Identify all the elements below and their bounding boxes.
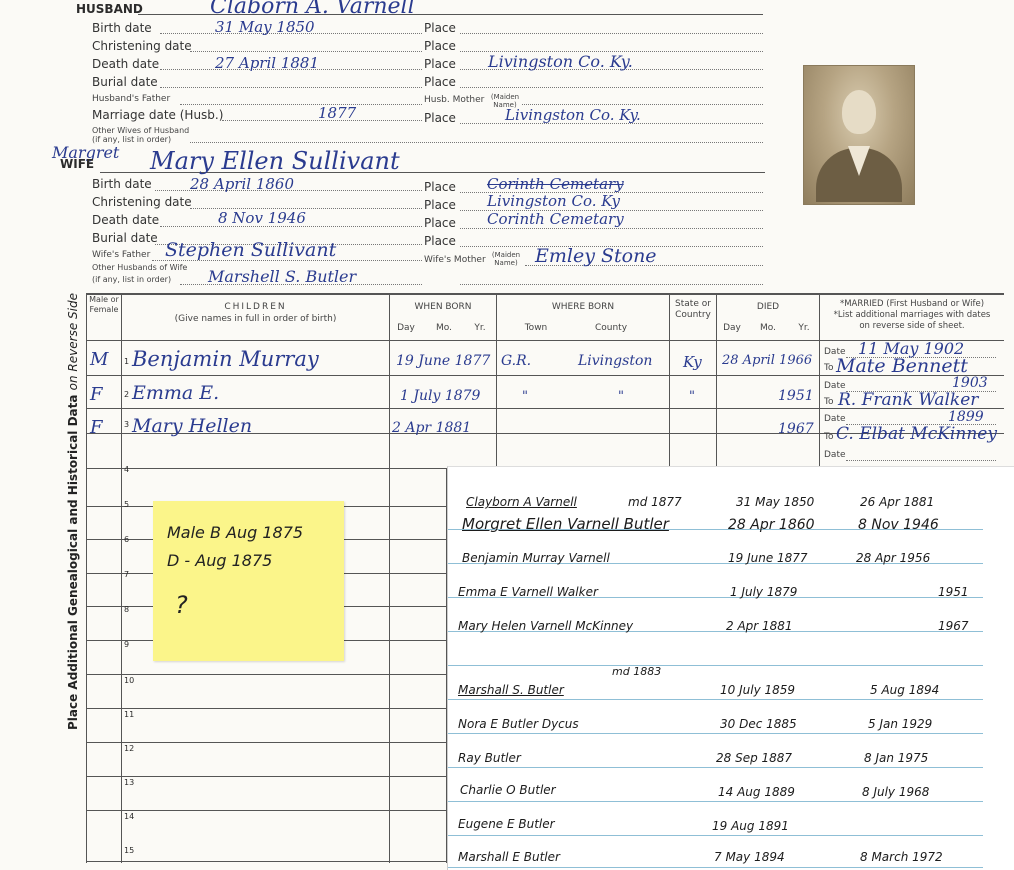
child-county: Livingston	[578, 353, 652, 369]
wife-name: Mary Ellen Sullivant	[150, 147, 400, 175]
husband-father-label: Husband's Father	[92, 95, 170, 104]
child-town: G.R.	[501, 353, 531, 369]
side-instruction: Place Additional Genealogical and Histor…	[66, 293, 80, 730]
husband-marriage-place-label: Place	[424, 111, 456, 125]
note-born: 14 Aug 1889	[718, 785, 795, 799]
husband-death-label: Death date	[92, 57, 159, 71]
side-instruction-rest: on Reverse Side	[66, 293, 80, 390]
child-state: Ky	[683, 353, 702, 371]
husband-birth-date: 31 May 1850	[215, 18, 315, 36]
child-name: Benjamin Murray	[132, 347, 319, 371]
note-born: 1 July 1879	[730, 585, 797, 599]
wife-father: Stephen Sullivant	[165, 239, 336, 261]
married-to: Mate Bennett	[836, 355, 968, 377]
wife-burial-place-label: Place	[424, 234, 456, 248]
row-number: 10	[124, 676, 134, 685]
note-name: Benjamin Murray Varnell	[462, 551, 610, 565]
child-died: 28 April 1966	[722, 353, 812, 368]
wife-death-place: Corinth Cemetary	[487, 210, 624, 228]
header-married-sub: *List additional marriages with dates on…	[830, 310, 994, 332]
child-sex: F	[90, 417, 103, 438]
wife-birth-place-label: Place	[424, 180, 456, 194]
header-born-year: Yr.	[470, 323, 490, 334]
husband-death-date: 27 April 1881	[215, 54, 319, 72]
row-number: 1	[124, 357, 129, 366]
husband-label: HUSBAND	[76, 2, 143, 16]
row-number: 4	[124, 465, 129, 474]
wife-section: Margret WIFE Mary Ellen Sullivant Birth …	[0, 145, 780, 295]
husband-marriage-date: 1877	[318, 104, 356, 122]
row-number: 8	[124, 605, 129, 614]
header-born-day: Day	[396, 323, 416, 334]
wife-birth-place-struck: Corinth Cemetary	[487, 175, 624, 193]
note-name: Charlie O Butler	[460, 783, 556, 797]
note-born: 31 May 1850	[736, 495, 814, 509]
note-born: 2 Apr 1881	[726, 619, 793, 633]
header-when-born: WHEN BORN	[390, 302, 496, 313]
header-died: DIED	[717, 302, 819, 313]
child-died: 1967	[778, 421, 814, 437]
header-children-sub: (Give names in full in order of birth)	[122, 314, 389, 325]
header-children: CHILDREN	[122, 302, 389, 313]
married-to: C. Elbat McKinney	[836, 424, 997, 444]
row-number: 11	[124, 710, 134, 719]
child-sex: M	[90, 349, 108, 370]
note-born: 19 June 1877	[728, 551, 808, 565]
note-marriage: md 1877	[628, 495, 682, 509]
row-number: 3	[124, 420, 129, 429]
husband-birth-label: Birth date	[92, 21, 152, 35]
row-number: 12	[124, 744, 134, 753]
wife-mother-label: Wife's Mother	[424, 256, 486, 265]
married-date-label: Date	[824, 415, 846, 424]
husband-burial-place-label: Place	[424, 75, 456, 89]
other-wives-label: Other Wives of Husband	[92, 126, 189, 135]
wife-mother-maiden-label: (Maiden Name)	[490, 251, 522, 267]
note-born: 28 Sep 1887	[716, 751, 792, 765]
header-born-month: Mo.	[434, 323, 454, 334]
sticky-note: Male B Aug 1875 D - Aug 1875 ?	[153, 501, 344, 661]
wife-death-place-label: Place	[424, 216, 456, 230]
child-name: Mary Hellen	[132, 415, 252, 437]
note-marriage: md 1883	[612, 665, 661, 678]
header-married: *MARRIED (First Husband or Wife)	[820, 299, 1004, 310]
husband-death-place-label: Place	[424, 57, 456, 71]
married-to-label: To	[824, 398, 833, 407]
note-name: Marshall E Butler	[458, 850, 560, 864]
married-to-label: To	[824, 433, 833, 442]
husband-section: HUSBAND Claborn A. Varnell Birth date 31…	[0, 0, 780, 150]
child-state: "	[689, 389, 695, 404]
row-number: 7	[124, 570, 129, 579]
note-died: 8 Jan 1975	[864, 751, 928, 765]
note-name: Emma E Varnell Walker	[458, 585, 598, 599]
row-number: 2	[124, 390, 129, 399]
wife-father-label: Wife's Father	[92, 251, 150, 260]
note-born: 7 May 1894	[714, 850, 785, 864]
side-instruction-bold: Place Additional Genealogical and Histor…	[66, 395, 80, 730]
note-name: Clayborn A Varnell	[466, 495, 577, 509]
header-town: Town	[516, 323, 556, 334]
note-born: 28 Apr 1860	[728, 517, 815, 533]
wife-christening-place: Livingston Co. Ky	[487, 192, 620, 210]
note-name: Ray Butler	[458, 751, 521, 765]
married-date-label: Date	[824, 451, 846, 460]
note-name: Mary Helen Varnell McKinney	[458, 619, 633, 633]
note-born: 30 Dec 1885	[720, 717, 797, 731]
note-died: 1967	[938, 619, 969, 633]
note-died: 8 March 1972	[860, 850, 943, 864]
row-number: 5	[124, 500, 129, 509]
row-number: 9	[124, 640, 129, 649]
married-date: 1903	[952, 375, 988, 391]
child-town: "	[522, 389, 528, 404]
header-state: State or Country	[670, 299, 716, 321]
header-died-year: Yr.	[794, 323, 814, 334]
child-born: 1 July 1879	[400, 388, 480, 404]
note-born: 10 July 1859	[720, 683, 795, 697]
header-county: County	[586, 323, 636, 334]
note-name: Nora E Butler Dycus	[458, 717, 579, 731]
wife-birth-date: 28 April 1860	[190, 175, 294, 193]
note-name: Eugene E Butler	[458, 817, 555, 831]
row-number: 15	[124, 846, 134, 855]
wife-burial-label: Burial date	[92, 231, 158, 245]
note-died: 5 Aug 1894	[870, 683, 939, 697]
child-born: 19 June 1877	[396, 353, 490, 369]
husband-marriage-place: Livingston Co. Ky.	[505, 106, 641, 124]
header-died-day: Day	[722, 323, 742, 334]
child-sex: F	[90, 384, 103, 405]
child-died: 1951	[778, 388, 814, 404]
husband-death-place: Livingston Co. Ky.	[488, 52, 633, 71]
note-born: 19 Aug 1891	[712, 819, 789, 833]
wife-mother: Emley Stone	[535, 245, 657, 267]
husband-mother-label: Husb. Mother	[424, 96, 484, 105]
note-died: 1951	[938, 585, 969, 599]
note-name: Morgret Ellen Varnell Butler	[462, 515, 669, 533]
married-to: R. Frank Walker	[838, 390, 978, 410]
other-husbands-sub: (if any, list in order)	[92, 275, 171, 284]
wife-birth-label: Birth date	[92, 177, 152, 191]
note-died: 26 Apr 1881	[860, 495, 934, 509]
header-where-born: WHERE BORN	[497, 302, 669, 313]
husband-christening-label: Christening date	[92, 39, 192, 53]
header-died-month: Mo.	[758, 323, 778, 334]
child-name: Emma E.	[132, 382, 219, 404]
portrait-photo	[803, 65, 915, 205]
husband-burial-label: Burial date	[92, 75, 158, 89]
note-sheet: Clayborn A Varnell md 1877 31 May 1850 2…	[447, 466, 1014, 870]
wife-other-husband: Marshell S. Butler	[208, 267, 356, 286]
other-husbands-label: Other Husbands of Wife	[92, 263, 187, 272]
wife-death-label: Death date	[92, 213, 159, 227]
married-date: 1899	[948, 409, 984, 425]
note-died: 28 Apr 1956	[856, 551, 930, 565]
husband-marriage-label: Marriage date (Husb.)	[92, 108, 223, 122]
note-died: 5 Jan 1929	[868, 717, 932, 731]
husband-name: Claborn A. Varnell	[210, 0, 415, 19]
wife-christening-label: Christening date	[92, 195, 192, 209]
sticky-line-3: ?	[175, 591, 188, 619]
child-born: 2 Apr 1881	[392, 420, 471, 436]
sticky-line-2: D - Aug 1875	[167, 551, 272, 570]
note-name: Marshall S. Butler	[458, 683, 564, 697]
child-county: "	[618, 389, 624, 404]
note-died: 8 Nov 1946	[858, 517, 939, 533]
row-number: 14	[124, 812, 134, 821]
wife-christening-place-label: Place	[424, 198, 456, 212]
married-to-label: To	[824, 364, 833, 373]
husband-christening-place-label: Place	[424, 39, 456, 53]
wife-label: WIFE	[60, 157, 94, 171]
header-sex: Male or Female	[87, 295, 121, 315]
row-number: 6	[124, 535, 129, 544]
sticky-line-1: Male B Aug 1875	[167, 523, 303, 542]
wife-death-date: 8 Nov 1946	[218, 209, 306, 227]
note-died: 8 July 1968	[862, 785, 929, 799]
husband-birth-place-label: Place	[424, 21, 456, 35]
row-number: 13	[124, 778, 134, 787]
